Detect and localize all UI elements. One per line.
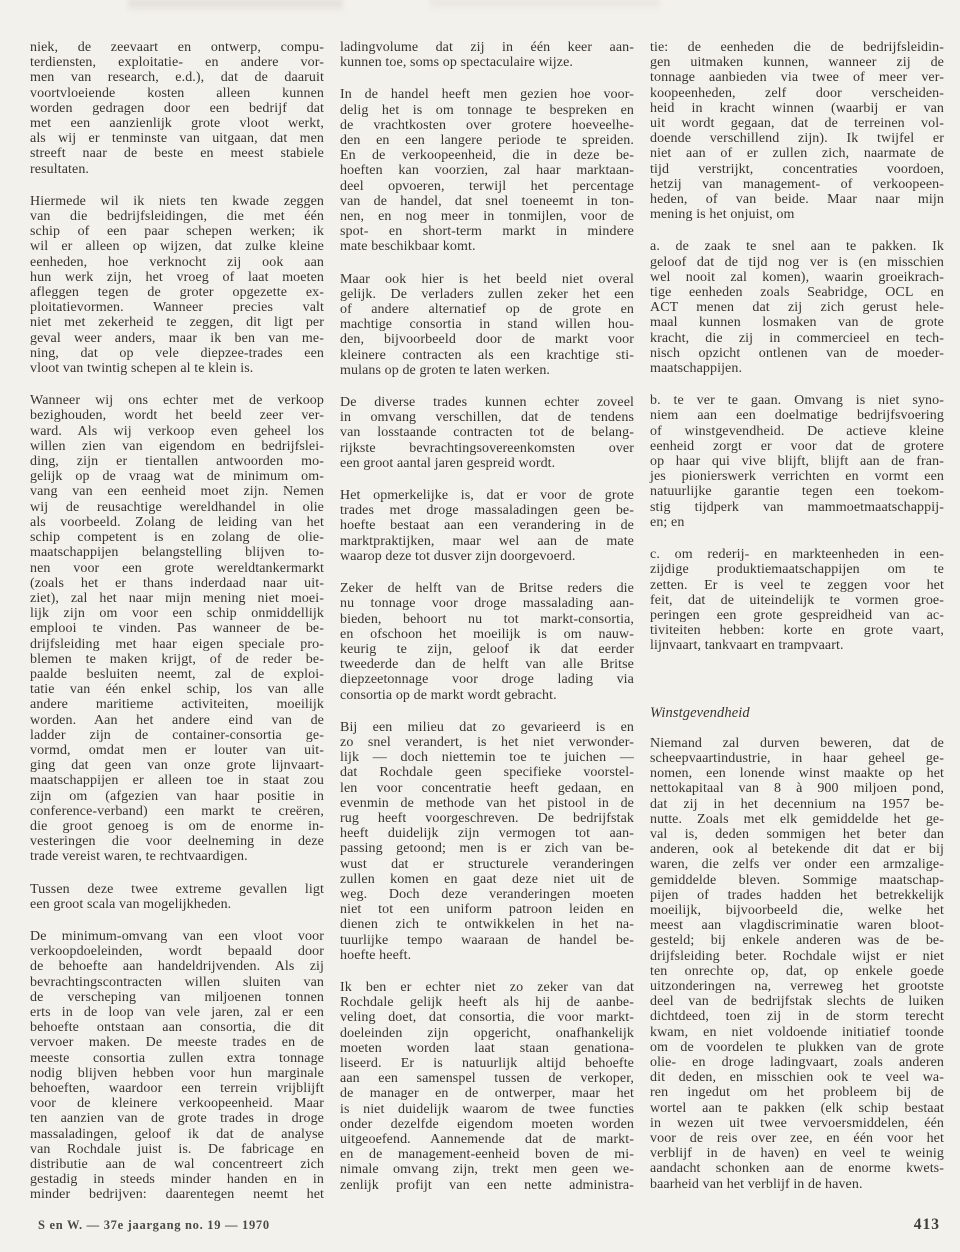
paragraph: Wanneer wij ons echter met de verkoopbez… [30,393,324,864]
text-line: bevrachtingscontracten willen sluiten va… [30,975,324,990]
text-line: voor de kleinere verkoopeenheid. Maar [30,1096,324,1111]
journal-issue-line: S en W. — 37e jaargang no. 19 — 1970 [38,1218,270,1233]
text-line: nimale omvang zijn, trekt men geen we- [340,1162,634,1177]
text-line: uit wordt gegaan, dat de terreinen vol- [650,116,944,131]
text-line: meeste consortia zullen extra tonnage [30,1051,324,1066]
text-line: massaladingen, geloof ik dat de analyse [30,1127,324,1142]
text-line: a. de zaak te snel aan te pakken. Ik [650,239,944,254]
text-line: worden gedragen door een bedrijf dat [30,101,324,116]
text-line: die groot genoeg is om de enorme in- [30,819,324,834]
text-line: zijn om (afgezien van haar positie in [30,789,324,804]
text-line: ding, zijn er tientallen antwoorden mo- [30,454,324,469]
text-column-1: niek, de zeevaart en ontwerp, compu-terd… [30,40,324,1203]
text-line: hetzij van management- of verkoopeen- [650,177,944,192]
text-line: gemiddelde bleven. Sommige maatschap- [650,873,944,888]
text-line: liseerd. Er is natuurlijk altijd behoeft… [340,1056,634,1071]
text-line: De minimum-omvang van een vloot voor [30,929,324,944]
text-line: aandacht schonken aan de enorme kwets- [650,1161,944,1176]
text-line: moeten worden laat staan genationa- [340,1041,634,1056]
text-line: zijdige produktiemaatschappijen om te [650,562,944,577]
text-line: resultaten. [30,162,324,177]
text-line: deel opvoeren, terwijl het percentage [340,179,634,194]
text-line: ziet), zal het naar mijn mening niet moe… [30,591,324,606]
text-line: verkoopdoeleinden, wordt bepaald door [30,944,324,959]
text-line: uitgeoefend. Aannemende dat de markt- [340,1132,634,1147]
text-line: aan een samenspel tussen de verkoper, [340,1071,634,1086]
text-line: op haar qui vive blijft, blijft aan de f… [650,454,944,469]
text-line: zo snel verandert, is het niet verwonder… [340,735,634,750]
text-line: vesteringen die voor deelneming in deze [30,834,324,849]
text-line: en; en [650,515,944,530]
text-line: niet met zekerheid te zeggen, dit ligt p… [30,315,324,330]
text-line: Maar ook hier is het beeld niet overal [340,272,634,287]
paragraph: In de handel heeft men gezien hoe voor-d… [340,87,634,254]
text-line: ging dat geen van onze grote lijnvaart- [30,758,324,773]
text-line: trade vereist waren, te rechtvaardigen. [30,849,324,864]
text-line: en ofschoon het moeilijk is om nauw- [340,627,634,642]
text-line: zullen komen en gaat deze niet uit de [340,872,634,887]
text-line: erts in de loop van vele jaren, zal er e… [30,1005,324,1020]
text-line: maatschappijen. [650,361,944,376]
text-line: tie: de eenheden die de bedrijfsleidin- [650,40,944,55]
text-line: natuurlijke garantie tegen een toekom- [650,484,944,499]
text-line: worden. Aan het andere eind van de [30,713,324,728]
text-line: keurig te zijn, geloof ik dat eerder [340,642,634,657]
text-line: bieden, behoort nu tot markt-consortia, [340,612,634,627]
text-line: zenlijk profijt van een nette administra… [340,1178,634,1193]
text-line: de verscheping van miljoenen tonnen [30,990,324,1005]
text-line: gelijk. De verladers zullen zeker het ee… [340,287,634,302]
paragraph: De minimum-omvang van een vloot voorverk… [30,929,324,1203]
text-line: niet aan of er zullen zich, naarmate de [650,146,944,161]
text-line: tweederde dan de helft van alle Britse [340,657,634,672]
text-line: stig tijdperk van mammoetmaatschappij- [650,500,944,515]
text-line: moeilijk, bijvoorbeeld die, welke het [650,903,944,918]
text-line: ning, dat op vele diepzee-trades een [30,346,324,361]
text-line: ladingvolume dat zij in één keer aan- [340,40,634,55]
text-line: Het opmerkelijke is, dat er voor de grot… [340,488,634,503]
text-line: waarop deze tot dusver zijn doorgevoerd. [340,549,634,564]
text-line: dat zij in het decennium na 1957 be- [650,797,944,812]
text-line: delig het is om tonnage te bespreken en [340,103,634,118]
text-line: tiviteiten hebben: korte en grote vaart, [650,623,944,638]
text-line: baarheid van het verblijf in de haven. [650,1177,944,1192]
page-number: 413 [914,1216,940,1234]
text-line: den en een langere periode te spreiden. [340,133,634,148]
text-line: Wanneer wij ons echter met de verkoop [30,393,324,408]
text-line: eenheid zorgt er voor dat de grotere [650,439,944,454]
text-line: In de handel heeft men gezien hoe voor- [340,87,634,102]
paragraph: tie: de eenheden die de bedrijfsleidin-g… [650,40,944,222]
paragraph: niek, de zeevaart en ontwerp, compu-terd… [30,40,324,177]
text-line: machtige consortia in stand willen hou- [340,317,634,332]
text-line: Hiermede wil ik niets ten kwade zeggen [30,194,324,209]
text-line: En de verkoopeenheid, die in deze be- [340,148,634,163]
text-line: b. te ver te gaan. Omvang is niet syno- [650,393,944,408]
text-line: weg. Doch deze veranderingen moeten [340,887,634,902]
text-line: mulans op de groten te laten werken. [340,363,634,378]
text-line: tige eenheden zoals Seabridge, OCL en [650,285,944,300]
text-line: is niet duidelijk waarom de twee functie… [340,1102,634,1117]
text-line: den, bijvoorbeeld door de markt voor [340,332,634,347]
scanned-page: niek, de zeevaart en ontwerp, compu-terd… [0,0,960,1252]
text-line: willen zien van eigendom en bedrijfslei- [30,439,324,454]
text-line: schip competent is en zolang de olie- [30,530,324,545]
text-line: Rochdale gelijk heeft als hij de aanbe- [340,995,634,1010]
text-line: doeleinden zijn opgericht, onafhankelijk [340,1026,634,1041]
text-line: schip of een paar schepen werken; ik [30,224,324,239]
text-line: paalde besluiten neemt, zal de exploi- [30,667,324,682]
paragraph: Bij een milieu dat zo gevarieerd is enzo… [340,720,634,963]
text-line: waren, die zelfs ver onder een armzalige… [650,857,944,872]
text-line: distributie aan de wal concentreert zich [30,1157,324,1172]
text-line: trades met droge massaladingen geen be- [340,503,634,518]
text-line: jes pionierswerk verrichten en vormt een [650,469,944,484]
text-line: Zeker de helft van de Britse reders die [340,581,634,596]
text-line: van de handel, dat snel toeneemt in ton- [340,194,634,209]
text-line: heeft duidelijk zijn vermogen tot aan- [340,826,634,841]
text-line: dienen zich te ontwikkelen in het na- [340,917,634,932]
text-line: kwam, en niet voldoende initiatief toond… [650,1025,944,1040]
text-line: ladder zijn de container-consortia ge- [30,728,324,743]
text-line: behoeften, waardoor een terrein vrijblij… [30,1081,324,1096]
text-line: Niemand zal durven beweren, dat de [650,736,944,751]
paragraph: De diverse trades kunnen echter zoveelin… [340,395,634,471]
text-line: wil er alleen op wijzen, dat zulke klein… [30,239,324,254]
text-line: tatie van één enkel schip, los van alle [30,682,324,697]
text-line: geloof dat de tijd nog ver is (en missch… [650,255,944,270]
paragraph: c. om rederij- en markteenheden in een-z… [650,547,944,653]
text-line: peringen een grote gespreidheid van ac- [650,608,944,623]
text-line: vang van een eenheid moet zijn. Nemen [30,484,324,499]
text-line: bezighouden, wordt het beeld zeer ver- [30,408,324,423]
text-line: eenheden, hoe verknocht zij ook aan [30,255,324,270]
text-line: evenmin de methode van het pistool in de [340,796,634,811]
text-line: streeft naar de beste en meest stabiele [30,146,324,161]
text-line: met een aanzienlijk grote vloot werkt, [30,116,324,131]
text-line: nu tonnage voor droge massalading aan- [340,596,634,611]
text-line: niek, de zeevaart en ontwerp, compu- [30,40,324,55]
text-line: mate beschikbaar komt. [340,239,634,254]
text-line: behoefte ontstaan aan consortia, die dit [30,1020,324,1035]
text-line: kunnen toe, soms op spectaculaire wijze. [340,55,634,70]
text-line: conference-verband) een markt te creëren… [30,804,324,819]
text-line: ward. Als wij verkoop even geheel los [30,424,324,439]
text-line: (zoals het er thans inderdaad naar uit- [30,576,324,591]
text-line: diepzeetonnage voor droge lading via [340,672,634,687]
text-line: wel nooit zal komen), waarin groeikrach- [650,270,944,285]
text-line: len voor concentratie heeft gedaan, en [340,781,634,796]
text-line: onder dezelfde eigendom moeten worden [340,1117,634,1132]
text-line: mening is het onjuist, om [650,207,944,222]
text-line: van losstaande contracten tot de belang- [340,425,634,440]
scan-artifact [128,0,343,13]
text-line: wortel aan te pakken (elk schip bestaat [650,1101,944,1116]
text-line: maatschappijen belangstelling blijven to… [30,545,324,560]
text-line: anderen, ook al betekende dit dat er bij [650,842,944,857]
text-line: nutte. Zoals met elk gemiddelde het ge- [650,812,944,827]
text-line: een groot scala van mogelijkheden. [30,897,324,912]
text-line: rug heeft voorgeschreven. De bedrijfstak [340,811,634,826]
text-line: koopeenheden, zelf door verscheiden- [650,86,944,101]
text-column-3: tie: de eenheden die de bedrijfsleidin-g… [650,40,944,1203]
text-line: hoeften kan voorzien, zal haar marktaan- [340,163,634,178]
article-text-columns: niek, de zeevaart en ontwerp, compu-terd… [30,40,944,1203]
text-line: voor de reis over zee, en één voor het [650,1131,944,1146]
paragraph: ladingvolume dat zij in één keer aan-kun… [340,40,634,70]
text-line: Tussen deze twee extreme gevallen ligt [30,882,324,897]
paragraph: Tussen deze twee extreme gevallen ligtee… [30,882,324,912]
text-line: pijen of trades hadden het betrekkelijk [650,888,944,903]
text-line: voortvloeiende kosten alleen kunnen [30,86,324,101]
paragraph: Ik ben er echter niet zo zeker van datRo… [340,980,634,1193]
text-line: zetten. Er is veel te zeggen voor het [650,578,944,593]
text-line: andere maritieme activiteiten, moeilijk [30,697,324,712]
text-column-2: ladingvolume dat zij in één keer aan-kun… [340,40,634,1203]
text-line: van die bedrijfsleidingen, die met één [30,209,324,224]
paragraph: Hiermede wil ik niets ten kwade zeggenva… [30,194,324,376]
text-line: om de voordelen te plukken van de grote [650,1040,944,1055]
text-line: van Rochdale juist is. De fabricage en [30,1142,324,1157]
text-line: val is, deden sommigen het beter dan [650,827,944,842]
page-footer: S en W. — 37e jaargang no. 19 — 1970 413 [38,1216,940,1234]
text-line: feit, dat de uiteindelijk te vormen groe… [650,593,944,608]
text-line: hoefte bestaat aan een verandering in de [340,518,634,533]
text-line: gen uitmaken kunnen, wanneer zij de [650,55,944,70]
text-line: c. om rederij- en markteenheden in een- [650,547,944,562]
text-line: maal kunnen losmaken van de grote [650,315,944,330]
text-line: heid in kracht winnen (waarbij er van [650,101,944,116]
text-line: blemen te maken krijgt, of de reder be- [30,652,324,667]
text-line: kracht, die zij in commercieel en tech- [650,331,944,346]
text-line: maatschappijen er alleen toe in staat zo… [30,773,324,788]
paragraph: a. de zaak te snel aan te pakken. Ikgelo… [650,239,944,376]
text-line: minder bedrijven: daarentegen neemt het [30,1187,324,1202]
text-line: vormd, omdat men er louter van uit- [30,743,324,758]
text-line: niet tot een uniform patroon leiden en [340,902,634,917]
text-line: gelijk op de vraag wat de minimum om- [30,469,324,484]
text-line: lijnvaart, tankvaart en trampvaart. [650,638,944,653]
text-line: scheepvaartindustrie, in haar geheel ge- [650,751,944,766]
text-line: nen voor een grote wereldtankermarkt [30,561,324,576]
text-line: niem aan een doelmatige bedrijfsvoering [650,408,944,423]
paragraph: Het opmerkelijke is, dat er voor de grot… [340,488,634,564]
text-line: ACT menen dat zij zich gerust hele- [650,300,944,315]
text-line: rijkste bevrachtingsovereenkomsten over [340,441,634,456]
text-line: deel van de bedrijfstak slechts de luike… [650,994,944,1009]
text-line: spot- en short-term markt in mindere [340,224,634,239]
text-line: een groot aantal jaren gespreid wordt. [340,456,634,471]
text-line: als wij er tenminste van uitgaan, dat me… [30,131,324,146]
text-line: of andere alternatief op de grote en [340,302,634,317]
scan-artifact [430,0,660,10]
text-line: geval weer anders, maar ik ben van me- [30,331,324,346]
text-line: dichtdeed, toen zij in de storm terecht [650,1009,944,1024]
text-line: hun werk zijn, het vroeg of laat moeten [30,270,324,285]
section-heading: Winstgevendheid [650,706,944,721]
text-line: Bij een milieu dat zo gevarieerd is en [340,720,634,735]
text-line: marktpraktijken, maar wel aan de mate [340,534,634,549]
text-line: verblijf in de haven) en veel te weinig [650,1146,944,1161]
text-line: en de management-eenheid boven de mi- [340,1147,634,1162]
text-line: Ik ben er echter niet zo zeker van dat [340,980,634,995]
text-line: ten onrechte op, dat, op enkele goede [650,964,944,979]
text-line: heden, of van beide. Maar naar mijn [650,192,944,207]
text-line: olie- en droge ladingvaart, zoals andere… [650,1055,944,1070]
text-line: als voorbeeld. Zolang de leiding van het [30,515,324,530]
text-line: nettokapitaal van 8 à 900 miljoen pond, [650,781,944,796]
text-line: de manager en de ontwerper, maar het [340,1086,634,1101]
text-line: dit deden, en misschien ook te veel wa- [650,1070,944,1085]
text-line: tuurlijke tempo waaraan de handel be- [340,933,634,948]
text-line: drijfsleiding beter. Rochdale wijst er n… [650,949,944,964]
paragraph: Niemand zal durven beweren, dat descheep… [650,736,944,1192]
text-line: nisch opzicht ontlenen van de moeder- [650,346,944,361]
text-line: veling doet, dat consortia, die voor mar… [340,1010,634,1025]
text-line: men van research, e.d.), dat de daaruit [30,70,324,85]
text-line: hoefte heeft. [340,948,634,963]
text-line: vervoer maken. De meeste trades en de [30,1035,324,1050]
text-line: dat Rochdale geen specifieke voorstel- [340,765,634,780]
text-line: drijfsleiding met haar eigen speciale pr… [30,637,324,652]
text-line: nomen, een lonende winst maakte op het [650,766,944,781]
text-line: emplooi te vinden. Pas wanneer de be- [30,621,324,636]
text-line: tijd verstrijkt, concentraties voordoen, [650,162,944,177]
text-line: in wezen uit twee vervoersmiddelen, één [650,1116,944,1131]
text-line: in omvang verschillen, dat de tendens [340,410,634,425]
text-line: uitzonderingen na, verreweg het grootste [650,979,944,994]
text-line: ten aanzien van de grote trades in droge [30,1111,324,1126]
text-line: ren ingedut om het probleem bij de [650,1085,944,1100]
paragraph: Maar ook hier is het beeld niet overalge… [340,272,634,378]
text-line: ploitatievormen. Wanneer precies valt [30,300,324,315]
text-line: lijk zijn om voor een schip onmiddellijk [30,606,324,621]
text-line: kleinere contracten als een krachtige st… [340,348,634,363]
paragraph: Zeker de helft van de Britse reders dien… [340,581,634,703]
text-line: nodig blijven hebben voor hun marginale [30,1066,324,1081]
text-line: wij de reusachtige wereldhandel in olie [30,500,324,515]
text-line: passing getoond; men is er zich van be- [340,841,634,856]
text-line: lijk — doch niettemin toe te juichen — [340,750,634,765]
text-line: terdiensten, exploitatie- en andere vor- [30,55,324,70]
text-line: afleggen tegen de groter opgezette ex- [30,285,324,300]
text-line: de behoefte aan handeldrijvenden. Als zi… [30,959,324,974]
text-line: gestadig in steeds minder handen en in [30,1172,324,1187]
text-line: tonnage aanbieden via twee of meer ver- [650,70,944,85]
paragraph: b. te ver te gaan. Omvang is niet syno-n… [650,393,944,530]
text-line: meest aan vlagdiscriminatie waren bloot- [650,918,944,933]
text-line: of winstgevendheid. De actieve kleine [650,424,944,439]
text-line: consortia op de markt wordt gebracht. [340,688,634,703]
text-line: gesteld; bij enkele anderen was de be- [650,933,944,948]
text-line: wust dat er structurele veranderingen [340,857,634,872]
magazine-page-scan: { "page": { "background_color": "#f3f1ec… [0,0,960,1252]
text-line: doende verschillend zijn). Ik twijfel er [650,131,944,146]
text-line: vloot van twintig schepen al te klein is… [30,361,324,376]
text-line: nen, en nog meer in tonmijlen, voor de [340,209,634,224]
text-line: de vrachtkosten over grotere hoeveelhe- [340,118,634,133]
text-line: De diverse trades kunnen echter zoveel [340,395,634,410]
